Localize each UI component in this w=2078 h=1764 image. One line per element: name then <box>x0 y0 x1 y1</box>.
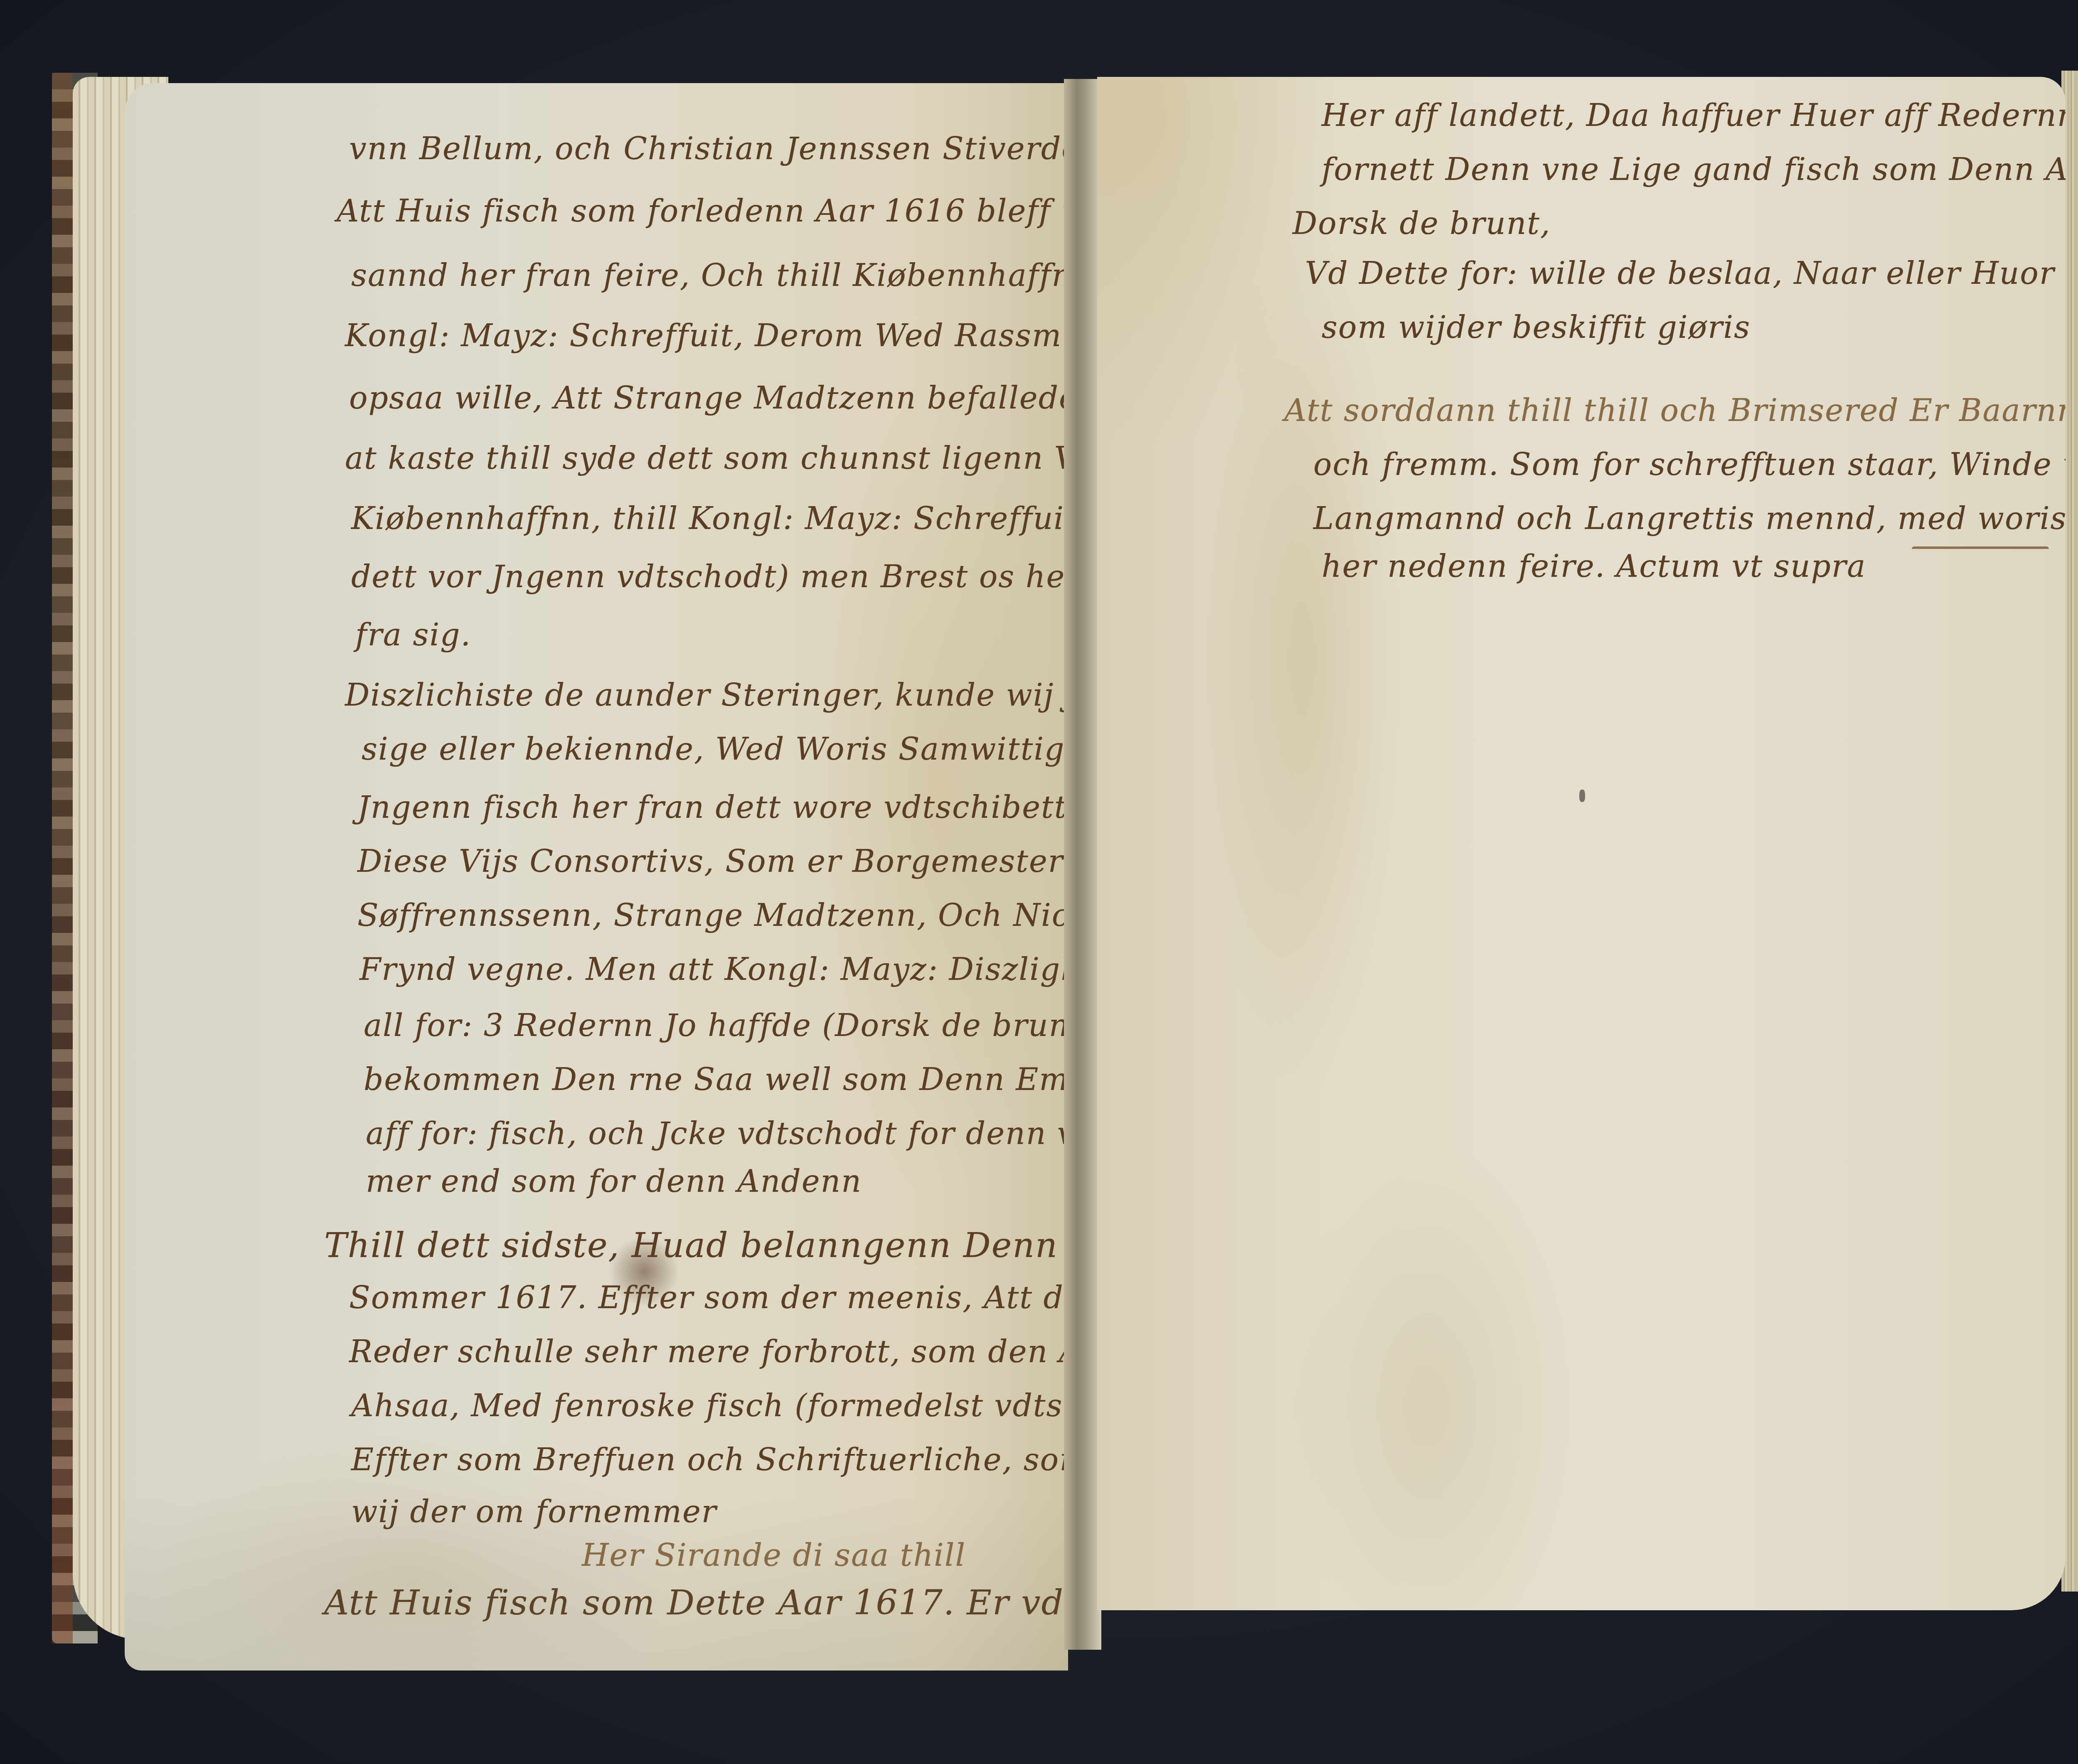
left-line-22: Reder schulle sehr mere forbrott, som de… <box>349 1334 1068 1370</box>
ink-mark <box>1579 790 1585 802</box>
left-section-heading: Thill dett sidste, Huad belanngenn Denn … <box>324 1226 1068 1265</box>
left-line-18: aff for: fisch, och Jcke vdtschodt for d… <box>366 1116 1068 1151</box>
left-line-25: wij der om fornemmer <box>351 1494 717 1530</box>
left-line-5: opsaa wille, Att Strange Madtzenn befall… <box>349 380 1068 416</box>
right-line-8: Langmannd och Langrettis mennd, med wori… <box>1313 501 2066 536</box>
left-indented-line: Her Sirande di saa thill <box>582 1538 966 1573</box>
right-line-1: Her aff landett, Daa haffuer Huer aff Re… <box>1322 98 2066 133</box>
left-line-13: Diese Vijs Consortivs, Som er Borgemeste… <box>357 844 1068 879</box>
left-line-3: sannd her fran feire, Och thill Kiøbennh… <box>351 258 1068 293</box>
left-line-24: Effter som Breffuen och Schriftuerliche,… <box>351 1442 1068 1478</box>
book-gutter <box>1064 79 1101 1650</box>
right-line-3: Dorsk de brunt, <box>1293 206 1551 241</box>
left-final-line: Att Huis fisch som Dette Aar 1617. Er vd… <box>324 1583 1068 1623</box>
left-line-1: vnn Bellum, och Christian Jennssen Stive… <box>349 131 1068 167</box>
left-line-19: mer end som for denn Andenn <box>366 1164 862 1199</box>
left-line-9: fra sig. <box>355 617 471 653</box>
left-line-4: Kongl: Mayz: Schreffuit, Derom Wed Rassm… <box>345 318 1068 354</box>
left-line-12: Jngenn fisch her fran dett wore vdtschib… <box>357 790 1068 825</box>
left-line-15: Frynd vegne. Men att Kongl: Mayz: Diszli… <box>359 952 1068 987</box>
right-page: Her aff landett, Daa haffuer Huer aff Re… <box>1097 77 2066 1610</box>
left-line-11: sige eller bekiennde, Wed Woris Samwitti… <box>362 731 1068 767</box>
left-line-8: dett vor Jngenn vdtschodt) men Brest os … <box>351 559 1068 595</box>
left-line-16: all for: 3 Redernn Jo haffde (Dorsk de b… <box>364 1008 1068 1043</box>
right-line-4: Vd Dette for: wille de beslaa, Naar elle… <box>1305 256 2055 291</box>
left-line-2: Att Huis fisch som forledenn Aar 1616 bl… <box>337 193 1068 229</box>
book-cover-left-leather <box>52 73 73 1643</box>
closing-flourish <box>1912 546 2049 553</box>
left-line-17: bekommen Den rne Saa well som Denn Emnen <box>364 1062 1068 1097</box>
left-line-10: Diszlichiste de aunder Steringer, kunde … <box>345 677 1068 713</box>
left-line-6: at kaste thill syde dett som chunnst lig… <box>345 440 1068 476</box>
left-line-23: Ahsaa, Med fenroske fisch (formedelst vd… <box>351 1388 1068 1424</box>
right-line-9: her nedenn feire. Actum vt supra <box>1322 549 1866 584</box>
left-line-14: Søffrennssenn, Strange Madtzenn, Och Nic… <box>357 898 1068 933</box>
left-line-21: Sommer 1617. Effter som der meenis, Att … <box>349 1280 1068 1316</box>
right-line-5: som wijder beskiffit giøris <box>1322 310 1751 345</box>
left-page: vnn Bellum, och Christian Jennssen Stive… <box>125 83 1068 1671</box>
right-line-2: fornett Denn vne Lige gand fisch som Den… <box>1322 152 2066 187</box>
right-line-7: och fremm. Som for schrefftuen staar, Wi… <box>1313 447 2066 482</box>
right-line-6: Att sorddann thill thill och Brimsered E… <box>1284 393 2066 428</box>
left-line-7: Kiøbennhaffnn, thill Kongl: Mayz: Schref… <box>351 501 1068 536</box>
